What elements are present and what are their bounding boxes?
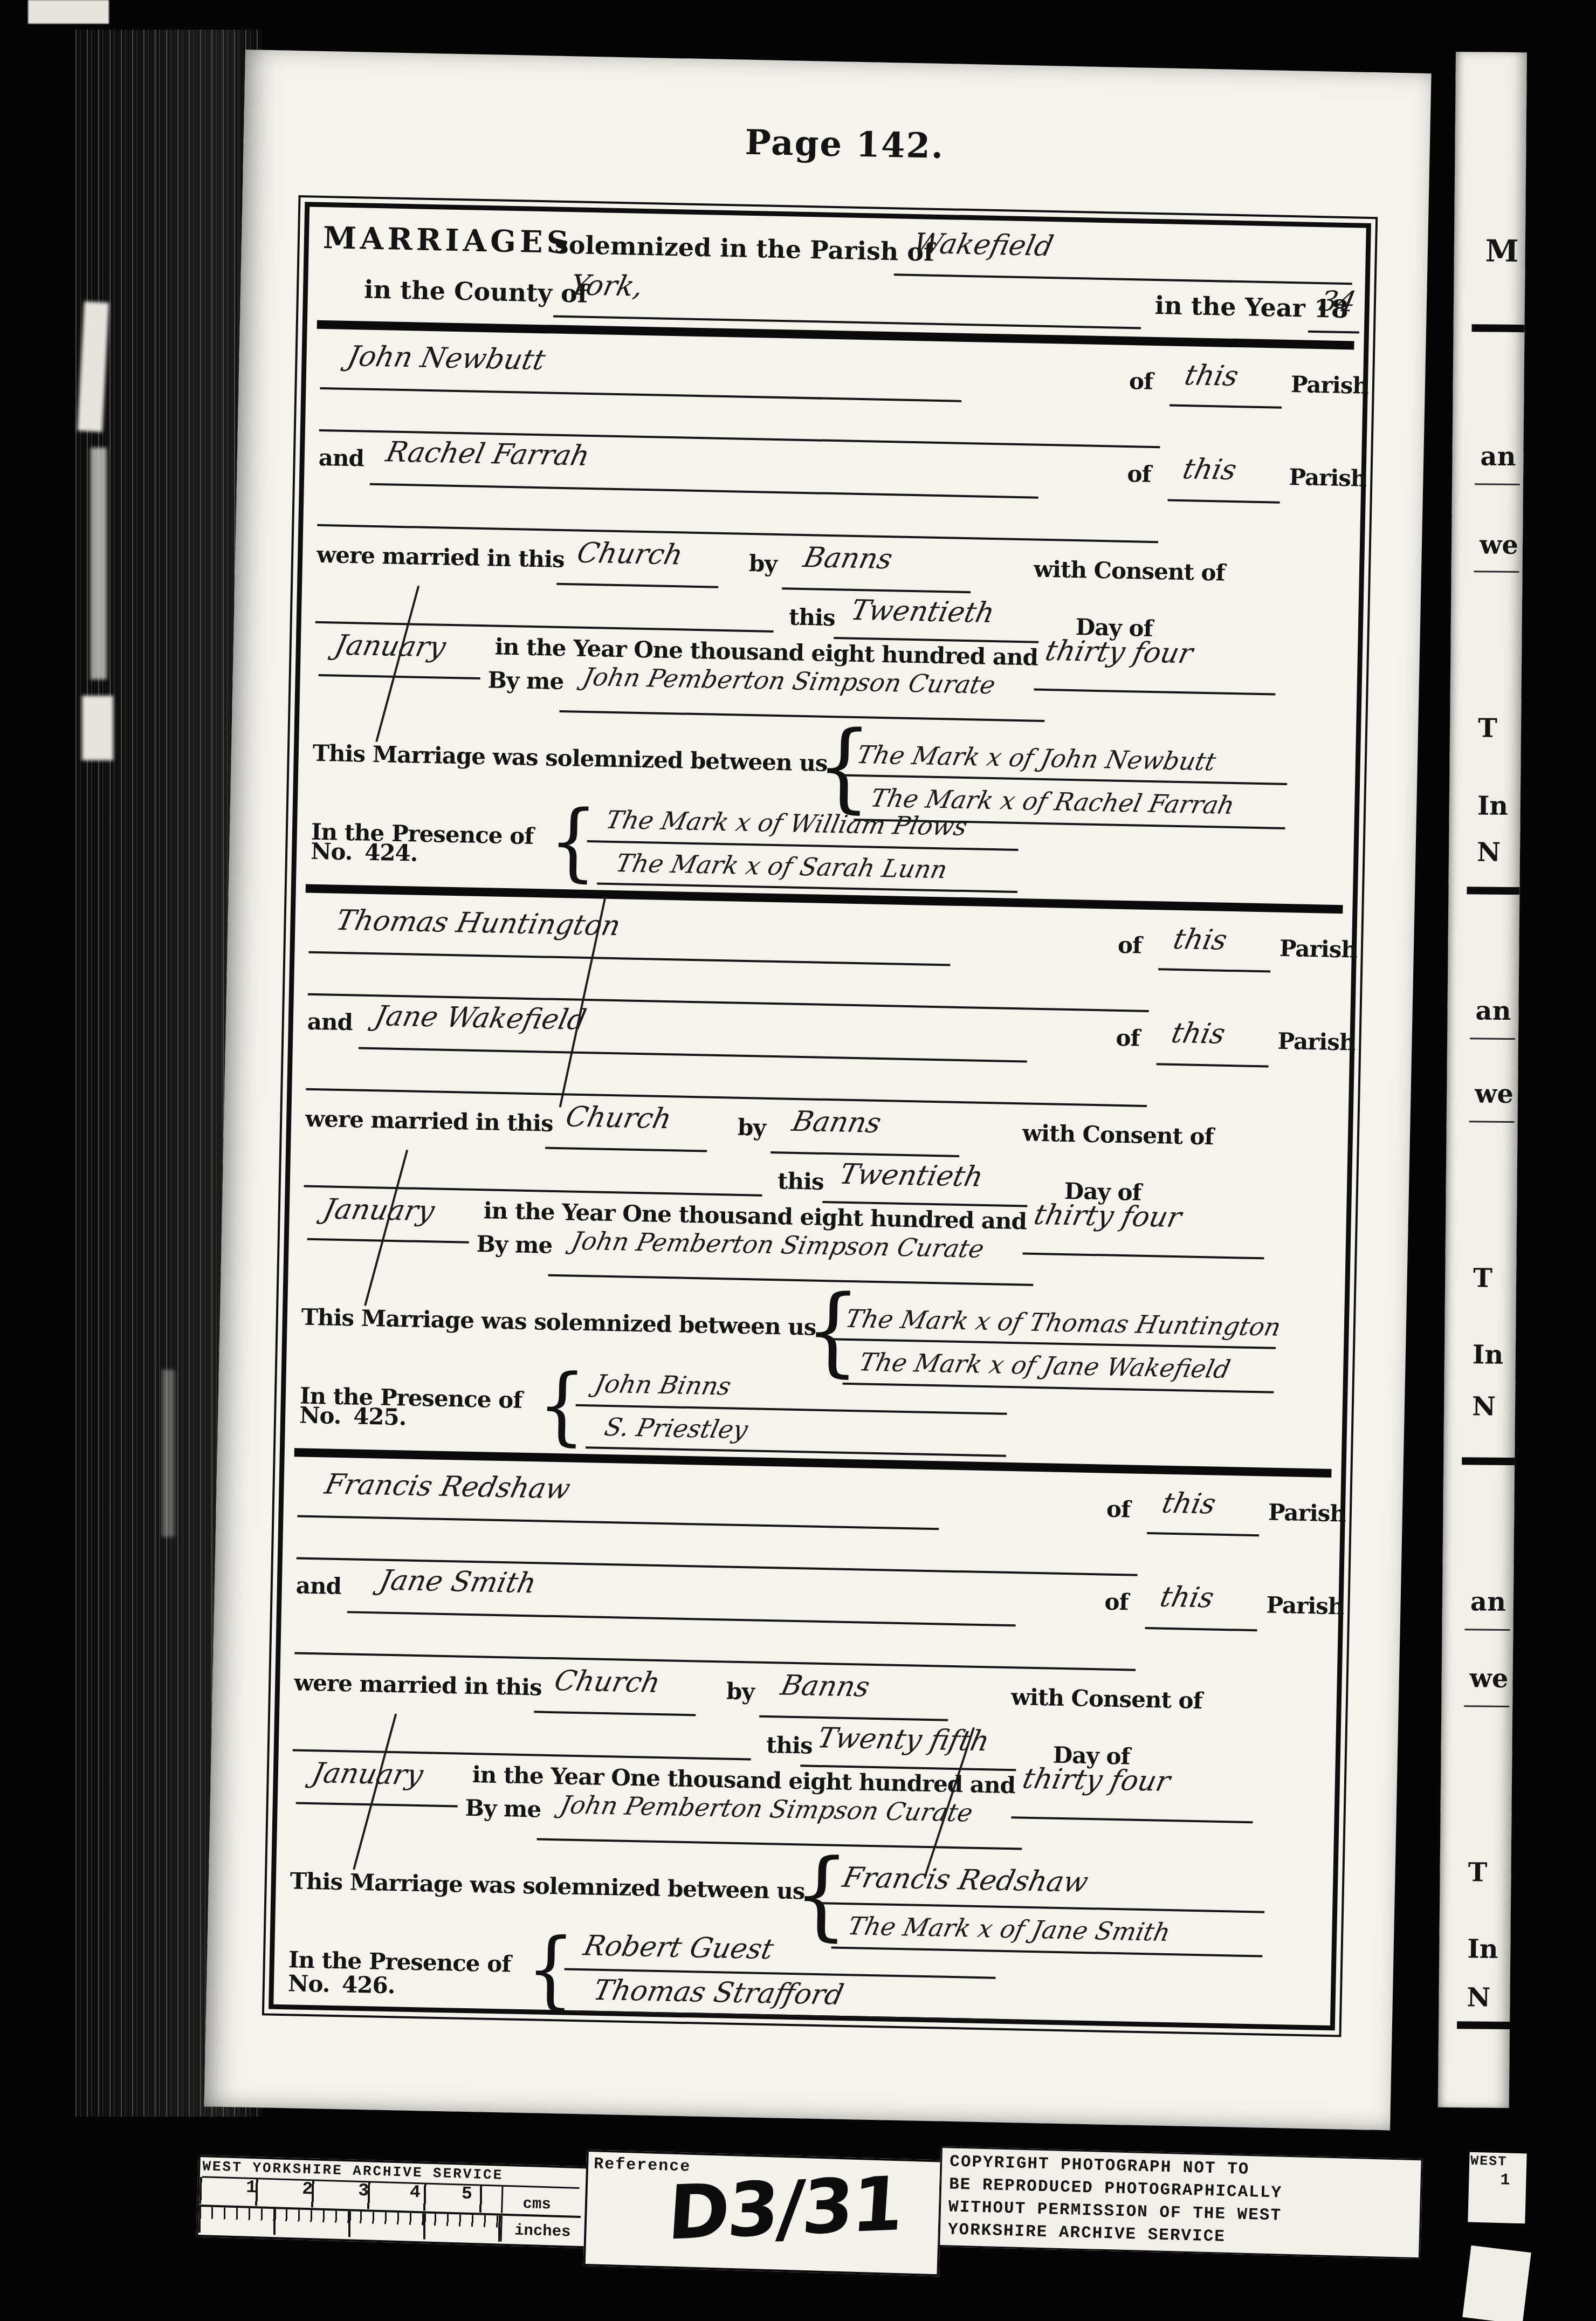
edge-letter: we [1475,1079,1514,1109]
paper-scrap [28,0,109,24]
printed-by: by [738,1114,766,1141]
bride-name-handwriting: Jane Wakefield [372,1000,589,1036]
place-handwriting: Church [563,1101,675,1135]
bride-name-handwriting: Jane Smith [376,1564,539,1600]
rule-line [294,1652,1136,1671]
printed-of: of [1104,1589,1129,1616]
archive-ruler-box: WEST YORKSHIRE ARCHIVE SERVICE 1 2 3 4 5… [196,2155,589,2248]
rule-line [297,1515,939,1530]
parish-name-handwriting: Wakefield [910,228,1056,263]
month-handwriting: January [332,629,449,664]
entry-number-value: 426. [342,1971,395,1999]
printed-parish: Parish [1290,371,1368,399]
printed-by-me: By me [476,1231,553,1259]
entry-number-label: No. [311,838,353,866]
rule-line [347,1611,1016,1626]
edge-rule [1464,1629,1510,1631]
rule-line [559,710,1044,722]
pen-stroke [364,1149,408,1306]
inches-label: inches [514,2221,571,2241]
printed-consent: with Consent of [1022,1120,1214,1150]
rule-line [1011,1816,1253,1823]
printed-married-in-this: were married in this [305,1105,553,1137]
groom-parish-handwriting: this [1182,359,1242,393]
groom-parish-handwriting: this [1159,1487,1219,1521]
printed-parish: Parish [1266,1592,1344,1620]
day-handwriting: Twentieth [848,594,998,629]
next-page-edge: M an we T In N an we T In N an we T In N [1438,52,1527,2108]
edge-letter: we [1480,530,1518,560]
printed-of: of [1116,1025,1140,1052]
adjacent-paper-fragment [1462,2246,1531,2321]
cm-number: 5 [462,2184,473,2205]
fragment-number: 1 [1500,2171,1510,2189]
edge-rule [1464,1705,1509,1707]
printed-and: and [307,1008,353,1036]
cm-number: 2 [302,2179,313,2200]
rule-line [831,1947,1263,1958]
printed-by-me: By me [487,667,564,695]
witness2-signature: S. Priestley [602,1412,751,1444]
cm-number: 4 [410,2182,421,2203]
banns-handwriting: Banns [789,1105,884,1139]
bride-name-handwriting: Rachel Farrah [383,436,592,472]
year-words-handwriting: thirty four [1020,1763,1173,1798]
bride-parish-handwriting: this [1157,1581,1217,1615]
cms-label: cms [522,2195,551,2214]
rule-line [556,583,718,588]
rule-line [574,2010,995,2021]
entry-number-label: No. [288,1970,330,1997]
spine-highlight [82,696,113,760]
rule-line [320,387,961,402]
edge-letter: N [1477,837,1501,867]
cm-number: 3 [358,2181,369,2201]
edge-letter: an [1470,1587,1506,1617]
edge-letter: In [1473,1340,1504,1370]
edge-letter: we [1469,1663,1508,1694]
year-words-handwriting: thirty four [1042,635,1195,670]
pen-stroke [353,1713,397,1870]
spine-highlight [91,448,107,679]
form-header: MARRIAGES solemnized in the Parish of Wa… [321,215,1352,341]
pen-stroke [375,586,419,743]
party1-signature: Francis Redshaw [840,1862,1091,1899]
entry-number-value: 425. [353,1403,407,1431]
county-handwriting: York, [567,269,646,303]
printed-married-in-this: were married in this [317,541,565,573]
rule-line [370,483,1038,499]
rule-line [843,1383,1274,1393]
rule-line [1145,1627,1257,1631]
year-handwriting: 34 [1316,285,1359,318]
rule-line [759,1715,948,1721]
day-handwriting: Twentieth [837,1158,986,1193]
printed-consent: with Consent of [1010,1684,1202,1714]
printed-consent: with Consent of [1033,556,1225,586]
rule-line [771,1151,959,1157]
banns-handwriting: Banns [801,541,896,575]
printed-and: and [295,1572,341,1599]
groom-name-handwriting: John Newbutt [345,340,548,376]
edge-letter: an [1475,995,1511,1026]
printed-solemnized: This Marriage was solemnized between us [290,1867,805,1904]
place-handwriting: Church [552,1665,663,1699]
rule-line [319,674,480,679]
rule-line [1147,1532,1259,1536]
edge-letter: M [1485,233,1521,269]
rule-line [359,1047,1027,1063]
reference-value-handwriting: D3/31 [665,2160,904,2257]
rule-line [782,587,971,593]
brace-glyph: { [793,1846,850,1944]
rule-line [1308,331,1359,334]
fragment-west-text: WEST [1470,2153,1508,2170]
marriages-title-rest: solemnized in the Parish of [554,230,934,267]
edge-letter: an [1480,441,1516,472]
rule-line [545,1147,707,1152]
year-words-handwriting: thirty four [1031,1199,1184,1234]
edge-thick-divider [1457,2021,1513,2029]
edge-thick-divider [1462,1457,1518,1465]
copyright-line: YORKSHIRE ARCHIVE SERVICE [947,2220,1226,2246]
rule-line [1157,1063,1269,1067]
groom-name-handwriting: Francis Redshaw [322,1468,573,1506]
edge-letter: T [1473,1263,1492,1293]
printed-of: of [1118,932,1142,959]
place-handwriting: Church [574,537,686,572]
edge-letter: T [1478,713,1497,743]
page-number-label: Page 142. [745,122,945,167]
printed-parish: Parish [1279,935,1357,963]
rule-line [534,1711,696,1716]
rule-line [1168,499,1280,503]
printed-and: and [318,444,364,472]
rule-line [1158,968,1270,972]
edge-letter: N [1467,1982,1490,2013]
party2-signature: The Mark x of Jane Wakefield [857,1347,1233,1384]
printed-this: this [789,603,836,631]
bride-parish-handwriting: this [1168,1017,1228,1050]
printed-solemnized: This Marriage was solemnized between us [312,740,828,777]
edge-letter: T [1468,1857,1487,1887]
register-form: MARRIAGES solemnized in the Parish of Wa… [269,202,1371,2030]
rule-line [1170,404,1282,409]
printed-by-me: By me [465,1795,541,1823]
edge-rule [1475,483,1520,485]
scanned-register-photograph: { "page": { "label": "Page 142." }, "reg… [0,0,1596,2321]
witness1-signature: Robert Guest [581,1929,776,1966]
witness1-signature: John Binns [592,1369,734,1401]
printed-of: of [1106,1496,1131,1523]
edge-letter: N [1472,1391,1496,1422]
printed-married-in-this: were married in this [294,1669,542,1700]
printed-parish: Parish [1277,1028,1356,1056]
marriage-entry-424: John Newbutt of this Parish and Rachel F… [310,329,1350,905]
rule-line [548,1274,1033,1286]
bride-parish-handwriting: this [1180,453,1240,486]
rule-line [536,1838,1022,1850]
printed-of: of [1129,368,1153,395]
marriage-entry-425: Thomas Huntington of this Parish and Jan… [299,893,1338,1469]
groom-parish-handwriting: this [1171,923,1230,957]
printed-this: this [766,1732,813,1759]
county-label: in the County of [364,275,589,308]
rule-line [1022,1252,1264,1259]
register-page: Page 142. MARRIAGES solemnized in the Pa… [204,50,1431,2130]
printed-parish: Parish [1289,464,1367,492]
copyright-line: COPYRIGHT PHOTOGRAPH NOT TO [950,2152,1250,2179]
edge-letter: In [1477,791,1509,821]
marriage-entry-426: Francis Redshaw of this Parish and Jane … [287,1457,1327,2033]
rule-line [307,1238,469,1244]
edge-rule [1469,1121,1515,1123]
spine-highlight [162,1370,175,1537]
witness2-signature: Thomas Strafford [590,1974,846,2011]
edge-rule [1474,571,1519,573]
marriages-title: MARRIAGES [322,220,572,260]
party1-signature: The Mark x of Thomas Huntington [843,1304,1283,1342]
rule-line [296,1802,458,1808]
witness2-signature: The Mark x of Sarah Lunn [613,848,950,884]
printed-by: by [749,550,778,577]
edge-letter: In [1467,1934,1498,1964]
printed-parish: Parish [1268,1499,1346,1527]
rule-line [317,524,1158,543]
month-handwriting: January [320,1193,437,1227]
entry-number-label: No. [299,1402,341,1430]
groom-name-handwriting: Thomas Huntington [333,904,623,942]
rule-line [306,1088,1147,1107]
rule-line [1034,689,1275,696]
edge-rule [1470,1038,1515,1040]
printed-solemnized: This Marriage was solemnized between us [301,1304,816,1341]
cm-number: 1 [246,2178,257,2198]
edge-thick-divider [1471,324,1527,332]
edge-thick-divider [1467,887,1523,895]
party2-signature: The Mark x of Jane Smith [845,1911,1173,1947]
rule-line [894,273,1352,285]
printed-by: by [726,1678,755,1705]
printed-of: of [1127,461,1151,487]
printed-this: this [778,1168,824,1195]
copyright-box: COPYRIGHT PHOTOGRAPH NOT TO BE REPRODUCE… [938,2146,1423,2259]
rule-line [308,951,950,966]
adjacent-ruler-fragment: WEST 1 [1468,2152,1526,2224]
entry-number-value: 424. [364,839,418,867]
register-form-border: MARRIAGES solemnized in the Parish of Wa… [262,195,1378,2037]
party1-signature: The Mark x of John Newbutt [854,740,1218,776]
banns-handwriting: Banns [778,1670,873,1704]
reference-box: Reference D3/31 [583,2150,943,2276]
month-handwriting: January [309,1757,426,1791]
